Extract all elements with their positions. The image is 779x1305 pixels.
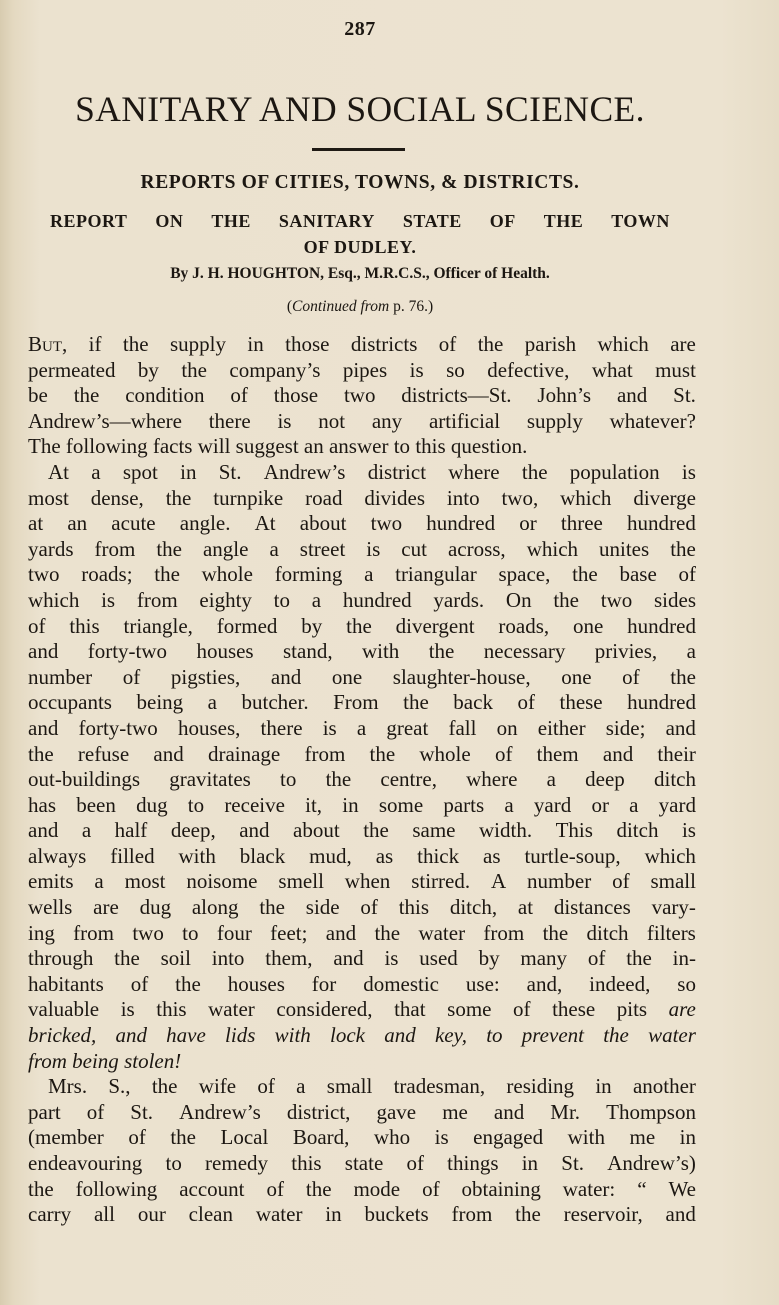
text-line: tworoads;thewholeformingatriangularspace… [28,562,696,588]
word: two [132,921,164,947]
word: and [28,639,58,665]
word: and [384,1023,416,1049]
word: company’s [229,358,320,384]
word: the [374,921,400,947]
word: residing [506,1074,574,1100]
text-line: The following facts will suggest an answ… [28,434,696,460]
text-line: ofthistriangle,formedbythedivergentroads… [28,614,696,640]
word: turtle-soup, [524,844,620,870]
word: in [325,1202,341,1228]
word: be [28,383,48,409]
word: a [296,1074,305,1100]
word: that [394,997,426,1023]
word: them [537,742,579,768]
word: the [154,562,180,588]
word: where [448,460,499,486]
word: emits [28,869,74,895]
word: this [399,895,429,921]
page-number: 287 [0,18,720,41]
word: is [410,358,424,384]
text-line: ingfromtwotofourfeet;andthewaterfromthed… [28,921,696,947]
word: of [679,562,697,588]
text-line: Mrs.S.,thewifeofasmalltradesman,residing… [28,1074,696,1100]
word: from [28,1049,72,1075]
title-divider-rule [312,148,405,151]
word: of [612,869,630,895]
word: At [48,460,69,486]
word: side [306,895,340,921]
word: feet; [270,921,307,947]
word: and [28,716,58,742]
word: smell [278,869,324,895]
word: From [333,690,379,716]
report-title-word: TOWN [611,208,670,234]
word: “ [637,1177,646,1203]
continuation-note: (Continued from p. 76.) [40,298,680,316]
word: On [506,588,532,614]
report-title-word: STATE [403,208,462,234]
text-line: But,ifthesupplyinthosedistrictsofthepari… [28,332,696,358]
word: butcher. [242,690,309,716]
word: are [93,895,119,921]
text-line: partofSt.Andrew’sdistrict,gavemeandMr.Th… [28,1100,696,1126]
word: out-buildings [28,767,140,793]
word: gravitates [169,767,251,793]
word: At [255,511,276,537]
word: angle. [180,511,231,537]
word: the [670,665,696,691]
word: used [419,946,458,972]
word: stand, [283,639,333,665]
text-line: occupantsbeingabutcher.Fromthebackofthes… [28,690,696,716]
word: mud, [309,844,352,870]
word: what [592,358,633,384]
word: the [543,921,569,947]
word: to [280,767,296,793]
page-title: SANITARY AND SOCIAL SCIENCE. [30,88,690,130]
word: two [601,588,633,614]
word: noisome [186,869,257,895]
text-line: out-buildingsgravitatestothecentre,where… [28,767,696,793]
word: spot [123,460,158,486]
word: yard [534,793,571,819]
word: lock [330,1023,365,1049]
word: of [495,742,513,768]
word: where [466,767,517,793]
word: use: [466,972,500,998]
word: most [28,486,69,512]
word: three [561,511,603,537]
word: gave [376,1100,416,1126]
report-title-word: THE [544,208,584,234]
word: in [180,460,196,486]
word: being [72,1049,124,1075]
word: parts [443,793,484,819]
word: water [208,997,255,1023]
word: this [69,614,99,640]
word: and [239,818,269,844]
report-title: REPORT ON THE SANITARY STATE OF THE TOWN… [50,208,670,260]
text-line: carryallourcleanwaterinbucketsfromtheres… [28,1202,696,1228]
word: which [645,844,696,870]
word: yards [28,537,74,563]
word: key, [435,1023,467,1049]
word: divides [364,486,425,512]
word: to [486,1023,502,1049]
word: of [406,1151,424,1177]
word: slaughter-house, [393,665,531,691]
word: two [371,511,403,537]
word: acute [111,511,155,537]
word: Andrew’s) [607,1151,696,1177]
word: been [76,793,116,819]
word: hundred [627,511,696,537]
word: those [274,383,318,409]
word: suggest [236,434,304,460]
word: the [478,332,504,358]
word: an [304,434,329,460]
word: a [629,793,638,819]
word: St. [219,460,242,486]
word: water [648,1023,696,1049]
word: a [364,562,373,588]
word: are [669,997,696,1023]
word: on [497,716,518,742]
word: the [175,972,201,998]
word: John’s [537,383,591,409]
word: whole [202,562,253,588]
word: the [363,818,389,844]
word: which [560,486,611,512]
word: two, [501,486,538,512]
word: the [370,742,396,768]
body-text: But,ifthesupplyinthosedistrictsofthepari… [28,332,696,1228]
section-heading: REPORTS OF CITIES, TOWNS, & DISTRICTS. [40,172,680,194]
word: about [300,511,347,537]
text-line: (memberoftheLocalBoard,whoisengagedwithm… [28,1125,696,1151]
word: back [453,690,493,716]
word: from [451,1202,492,1228]
word: state [345,1151,383,1177]
word: which [597,332,648,358]
word: hundred [627,690,696,716]
word: and [666,716,696,742]
word: refuse [78,742,129,768]
word: Andrew’s [264,460,346,486]
word: is [323,716,337,742]
continuation-italic: Continued from [292,298,389,315]
word: houses [228,972,285,998]
word: wells [28,895,72,921]
word: yard [659,793,696,819]
word: in [522,1151,538,1177]
word: of [128,1125,146,1151]
word: in [342,793,358,819]
word: wife [199,1074,236,1100]
word: sides [654,588,696,614]
word: with [362,639,399,665]
word: valuable [28,997,99,1023]
word: The [28,434,66,460]
word: great [386,716,428,742]
word: occupants [28,690,112,716]
text-line: AtaspotinSt.Andrew’sdistrictwherethepopu… [28,460,696,486]
word: St. [130,1100,153,1126]
word: whole [419,742,470,768]
word: deep, [171,818,216,844]
word: to [188,793,204,819]
word: of [513,997,531,1023]
word: prevent [522,1023,584,1049]
word: St. [561,1151,584,1177]
word: centre, [380,767,437,793]
word: triangle, [124,614,193,640]
word: dug [136,793,168,819]
word: to [166,1151,182,1177]
word: the [170,1125,196,1151]
word: the [670,537,696,563]
text-line: atanacuteangle.Atabouttwohundredorthreeh… [28,511,696,537]
word: engaged [473,1125,543,1151]
word: and [271,665,301,691]
word: this [415,434,451,460]
author-byline: By J. H. HOUGHTON, Esq., M.R.C.S., Offic… [40,265,680,283]
word: part [28,1100,61,1126]
word: in [680,1125,696,1151]
word: receive [224,793,285,819]
word: ditch [654,767,696,793]
word: indeed, [589,972,650,998]
report-title-line-2: OF DUDLEY. [50,234,670,260]
word: of [123,665,141,691]
word: the [306,1177,332,1203]
word: the [515,1202,541,1228]
word: is [682,818,696,844]
word: condition [125,383,204,409]
word: yards. [433,588,484,614]
word: Andrew’s [179,1100,261,1126]
word: through [28,946,93,972]
word: A [491,869,506,895]
word: facts [153,434,198,460]
word: divergent [396,614,475,640]
word: is [682,460,696,486]
word: as [376,844,394,870]
text-line: thefollowingaccountofthemodeofobtainingw… [28,1177,696,1203]
word: defective, [487,358,569,384]
word: by [138,358,159,384]
word: base [619,562,656,588]
word: Board, [293,1125,350,1151]
word: buckets [364,1202,428,1228]
word: has [28,793,56,819]
word: which [527,537,578,563]
word: filters [647,921,696,947]
word: eighty [199,588,252,614]
word: of [517,690,535,716]
word: number [527,869,591,895]
text-line: therefuseanddrainagefromthewholeoftheman… [28,742,696,768]
word: same [412,818,455,844]
word: But, [28,332,67,358]
text-line: permeatedbythecompany’spipesissodefectiv… [28,358,696,384]
word: formed [217,614,278,640]
word: me [442,1100,468,1126]
text-line: andahalfdeep,andaboutthesamewidth.Thisdi… [28,818,696,844]
report-title-word: SANITARY [279,208,375,234]
word: a [94,869,103,895]
word: our [138,1202,166,1228]
word: small [650,869,696,895]
word: the [74,383,100,409]
word: as [483,844,501,870]
word: the [181,358,207,384]
book-page: 287 SANITARY AND SOCIAL SCIENCE. REPORTS… [0,0,779,1305]
word: following [66,434,153,460]
word: half [115,818,148,844]
word: and [603,742,633,768]
text-line: endeavouringtoremedythisstateofthingsinS… [28,1151,696,1177]
word: across, [448,537,506,563]
report-title-word: REPORT [50,208,127,234]
word: there [261,716,303,742]
word: This [556,818,593,844]
word: ditch [587,921,629,947]
text-line: numberofpigsties,andoneslaughter-house,o… [28,665,696,691]
word: water: [563,1177,615,1203]
word: dug [140,895,172,921]
word: a [208,690,217,716]
word: forty-two [78,716,157,742]
word: to [182,921,198,947]
word: the [429,639,455,665]
text-line: yardsfromtheangleastreetiscutacross,whic… [28,537,696,563]
word: this [156,997,186,1023]
word: and [333,946,363,972]
word: of [360,895,378,921]
word: width. [479,818,532,844]
word: water [418,921,465,947]
word: is [366,537,380,563]
word: lids [225,1023,255,1049]
word: these [559,690,602,716]
word: privies, [595,639,657,665]
word: water [256,1202,303,1228]
word: and [666,1202,696,1228]
word: the [114,946,140,972]
word: clean [189,1202,233,1228]
word: and [617,383,647,409]
word: question. [451,434,527,460]
text-line: Andrew’s—wherethereisnotanyartificialsup… [28,409,696,435]
word: street [300,537,345,563]
word: filled [110,844,154,870]
word: by [301,614,322,640]
word: small [327,1074,373,1100]
word: tradesman, [394,1074,486,1100]
word: about [293,818,340,844]
word: of [257,1074,275,1100]
word: hundred [343,588,412,614]
word: district, [287,1100,351,1126]
word: one [561,665,591,691]
word: the [259,895,285,921]
word: the [152,1074,178,1100]
word: a [357,716,366,742]
word: most [125,869,166,895]
word: and [115,1023,147,1049]
word: any [372,409,402,435]
word: of [622,665,640,691]
word: obtaining [462,1177,541,1203]
word: dense, [91,486,144,512]
text-line: hasbeendugtoreceiveit,insomepartsayardor… [28,793,696,819]
word: and, [527,972,563,998]
word: drainage [208,742,280,768]
word: We [668,1177,695,1203]
word: so [677,972,696,998]
word: Mrs. [48,1074,87,1100]
word: ditch [616,818,658,844]
word: Andrew’s—where [28,409,182,435]
word: the [123,332,149,358]
word: by [479,946,500,972]
word: pits [617,997,647,1023]
word: those [285,332,329,358]
word: one [332,665,362,691]
word: who [374,1125,410,1151]
word: will [198,434,236,460]
word: is [101,588,115,614]
word: the [326,767,352,793]
continuation-page-ref: p. 76.) [389,298,433,315]
word: another [633,1074,696,1100]
word: diverge [633,486,696,512]
word: domestic [363,972,439,998]
word: district [368,460,426,486]
word: whatever? [610,409,696,435]
word: two [344,383,376,409]
word: for [312,972,337,998]
word: a [312,588,321,614]
word: when [345,869,391,895]
word: an [67,511,87,537]
word: which [28,588,79,614]
text-line: wellsaredugalongthesideofthisditch,atdis… [28,895,696,921]
word: in [595,1074,611,1100]
word: the [28,1177,54,1203]
word: mode [353,1177,400,1203]
word: the [166,486,192,512]
report-title-word: ON [155,208,183,234]
word: considered, [276,997,372,1023]
word: hundred [426,511,495,537]
text-line: from being stolen! [28,1049,696,1075]
word: from [483,921,524,947]
word: pigsties, [171,665,240,691]
word: the [522,460,548,486]
word: a [504,793,513,819]
word: the [28,742,54,768]
word: turnpike [213,486,283,512]
word: forming [275,562,343,588]
word: Mr. [550,1100,580,1126]
word: answer [329,434,394,460]
word: a [269,537,278,563]
word: of [422,1177,440,1203]
word: is [121,997,135,1023]
word: things [447,1151,498,1177]
